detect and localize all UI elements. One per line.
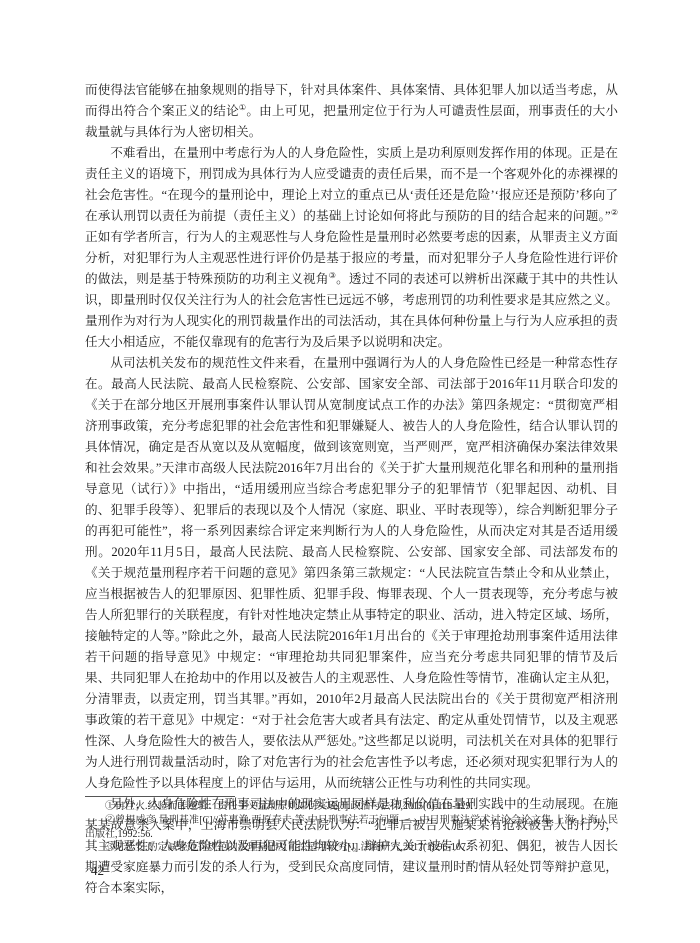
article-body: 而使得法官能够在抽象规则的指导下，针对具体案件、具体案情、具体犯罪人加以适当考虑… xyxy=(85,80,618,899)
footnote-marker: ② xyxy=(611,208,618,217)
footnote: ②曾根威彦.量刑基准[C]//苏惠渔,西原春夫,等.中日刑事法若干问题——中日刑… xyxy=(85,814,618,842)
document-page: 而使得法官能够在抽象规则的指导下，针对具体案件、具体案情、具体犯罪人加以适当考虑… xyxy=(0,0,700,943)
footnote: ①冉巨火.经验而非逻辑：责任主义量刑原则如何实现[J].政治与法律,2015(6… xyxy=(85,800,618,814)
page-number: 42 xyxy=(91,863,104,879)
paragraph: 不难看出，在量刑中考虑行为人的人身危险性，实质上是功利原则发挥作用的体现。正是在… xyxy=(85,143,618,353)
footnotes: ①冉巨火.经验而非逻辑：责任主义量刑原则如何实现[J].政治与法律,2015(6… xyxy=(85,800,618,855)
paragraph-text: 不难看出，在量刑中考虑行为人的人身危险性，实质上是功利原则发挥作用的体现。正是在… xyxy=(85,146,618,223)
paragraph: 而使得法官能够在抽象规则的指导下，针对具体案件、具体案情、具体犯罪人加以适当考虑… xyxy=(85,80,618,143)
footnote-divider xyxy=(85,796,235,797)
paragraph: 从司法机关发布的规范性文件来看，在量刑中强调行为人的人身危险性已经是一种常态性存… xyxy=(85,353,618,794)
footnote: ③时延安.酌定减轻处罚规范的法理基础及司法适用研究[J].法商研究,2017(1… xyxy=(85,841,618,855)
paragraph-text: 从司法机关发布的规范性文件来看，在量刑中强调行为人的人身危险性已经是一种常态性存… xyxy=(85,356,618,790)
footnote-marker: ③ xyxy=(329,271,336,280)
